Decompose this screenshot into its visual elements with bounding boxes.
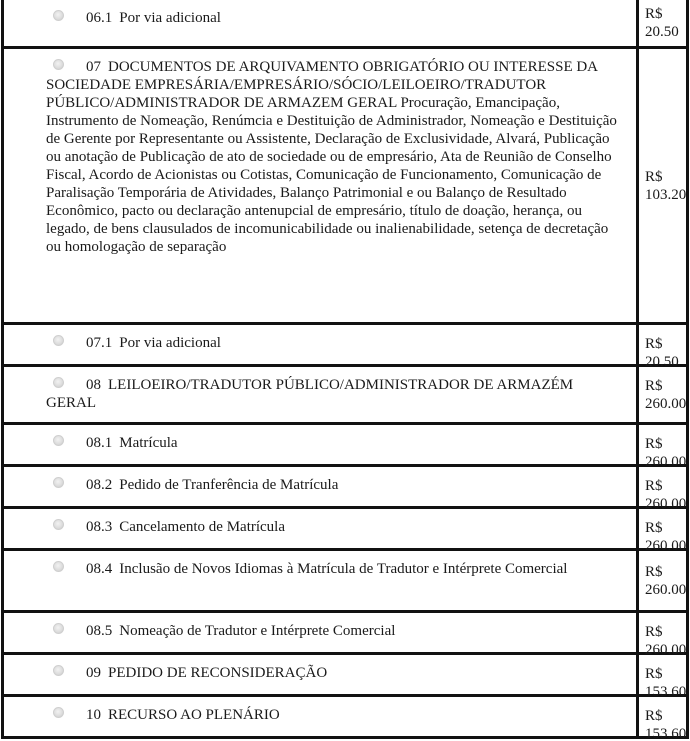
price-cell: R$ 260.00	[638, 466, 688, 508]
service-description-cell: 08.4Inclusão de Novos Idiomas à Matrícul…	[3, 550, 638, 612]
price-cell: R$ 20.50	[638, 0, 688, 48]
service-code: 08	[86, 377, 101, 393]
price-cell: R$ 260.00	[638, 366, 688, 424]
price-value: R$ 153.60	[645, 707, 686, 741]
service-description-cell: 10RECURSO AO PLENÁRIO	[3, 696, 638, 738]
radio-button[interactable]	[53, 435, 64, 446]
service-code: 09	[86, 665, 101, 681]
service-code: 08.2	[86, 477, 112, 493]
service-description-cell: 08.3Cancelamento de Matrícula	[3, 508, 638, 550]
service-label: Por via adicional	[119, 10, 221, 26]
table-row: 06.1Por via adicional R$ 20.50	[3, 0, 688, 48]
price-cell: R$ 153.60	[638, 654, 688, 696]
price-cell: R$ 260.00	[638, 612, 688, 654]
price-value: R$ 20.50	[645, 335, 680, 371]
price-value: R$ 260.00	[645, 435, 686, 471]
service-description-cell: 08.2Pedido de Tranferência de Matrícula	[3, 466, 638, 508]
service-description-cell: 08.1Matrícula	[3, 424, 638, 466]
table-row: 08.2Pedido de Tranferência de Matrícula …	[3, 466, 688, 508]
radio-button[interactable]	[53, 561, 64, 572]
table-row: 09PEDIDO DE RECONSIDERAÇÃO R$ 153.60	[3, 654, 688, 696]
service-description-cell: 06.1Por via adicional	[3, 0, 638, 48]
service-label: Pedido de Tranferência de Matrícula	[119, 477, 338, 493]
service-label: Matrícula	[119, 435, 177, 451]
radio-button[interactable]	[53, 10, 64, 21]
radio-button[interactable]	[53, 519, 64, 530]
service-description-cell: 07DOCUMENTOS DE ARQUIVAMENTO OBRIGATÓRIO…	[3, 48, 638, 324]
price-value: R$ 260.00	[645, 477, 686, 513]
table-row: 10RECURSO AO PLENÁRIO R$ 153.60	[3, 696, 688, 738]
service-description-cell: 08.5Nomeação de Tradutor e Intérprete Co…	[3, 612, 638, 654]
radio-button[interactable]	[53, 623, 64, 634]
price-value: R$ 260.00	[645, 563, 686, 599]
price-cell: R$ 260.00	[638, 550, 688, 612]
radio-button[interactable]	[53, 477, 64, 488]
price-value: R$ 260.00	[645, 623, 686, 659]
table-row: 08.5Nomeação de Tradutor e Intérprete Co…	[3, 612, 688, 654]
radio-button[interactable]	[53, 335, 64, 346]
service-code: 08.3	[86, 519, 112, 535]
service-description-cell: 08LEILOEIRO/TRADUTOR PÚBLICO/ADMINISTRAD…	[3, 366, 638, 424]
service-label: PEDIDO DE RECONSIDERAÇÃO	[108, 665, 327, 681]
table-row: 08.4Inclusão de Novos Idiomas à Matrícul…	[3, 550, 688, 612]
price-value: R$ 260.00	[645, 519, 686, 555]
price-value: R$ 20.50	[645, 5, 680, 41]
service-label: Por via adicional	[119, 335, 221, 351]
fee-table: 06.1Por via adicional R$ 20.50 07DOCUMEN…	[1, 0, 689, 739]
service-label: LEILOEIRO/TRADUTOR PÚBLICO/ADMINISTRADOR…	[46, 377, 577, 411]
table-row: 08.1Matrícula R$ 260.00	[3, 424, 688, 466]
service-label: RECURSO AO PLENÁRIO	[108, 707, 280, 723]
table-row: 07.1Por via adicional R$ 20.50	[3, 324, 688, 366]
service-code: 06.1	[86, 10, 112, 26]
price-cell: R$ 20.50	[638, 324, 688, 366]
service-code: 08.4	[86, 561, 112, 577]
radio-button[interactable]	[53, 707, 64, 718]
price-value: R$ 260.00	[645, 377, 686, 413]
service-label: Inclusão de Novos Idiomas à Matrícula de…	[119, 561, 567, 577]
radio-button[interactable]	[53, 59, 64, 70]
service-label: DOCUMENTOS DE ARQUIVAMENTO OBRIGATÓRIO O…	[46, 59, 621, 255]
price-value: R$ 153.60	[645, 665, 686, 701]
service-label: Cancelamento de Matrícula	[119, 519, 285, 535]
price-cell: R$ 153.60	[638, 696, 688, 738]
price-cell: R$ 103.20	[638, 48, 688, 324]
radio-button[interactable]	[53, 377, 64, 388]
price-value: R$ 103.20	[645, 168, 686, 204]
service-label: Nomeação de Tradutor e Intérprete Comerc…	[119, 623, 395, 639]
table-row: 08LEILOEIRO/TRADUTOR PÚBLICO/ADMINISTRAD…	[3, 366, 688, 424]
fee-rows: 06.1Por via adicional R$ 20.50 07DOCUMEN…	[3, 0, 688, 738]
service-description-cell: 07.1Por via adicional	[3, 324, 638, 366]
table-row: 07DOCUMENTOS DE ARQUIVAMENTO OBRIGATÓRIO…	[3, 48, 688, 324]
service-description-cell: 09PEDIDO DE RECONSIDERAÇÃO	[3, 654, 638, 696]
radio-button[interactable]	[53, 665, 64, 676]
service-code: 07.1	[86, 335, 112, 351]
service-code: 08.1	[86, 435, 112, 451]
service-code: 08.5	[86, 623, 112, 639]
price-cell: R$ 260.00	[638, 508, 688, 550]
service-code: 10	[86, 707, 101, 723]
table-row: 08.3Cancelamento de Matrícula R$ 260.00	[3, 508, 688, 550]
price-cell: R$ 260.00	[638, 424, 688, 466]
service-code: 07	[86, 59, 101, 75]
